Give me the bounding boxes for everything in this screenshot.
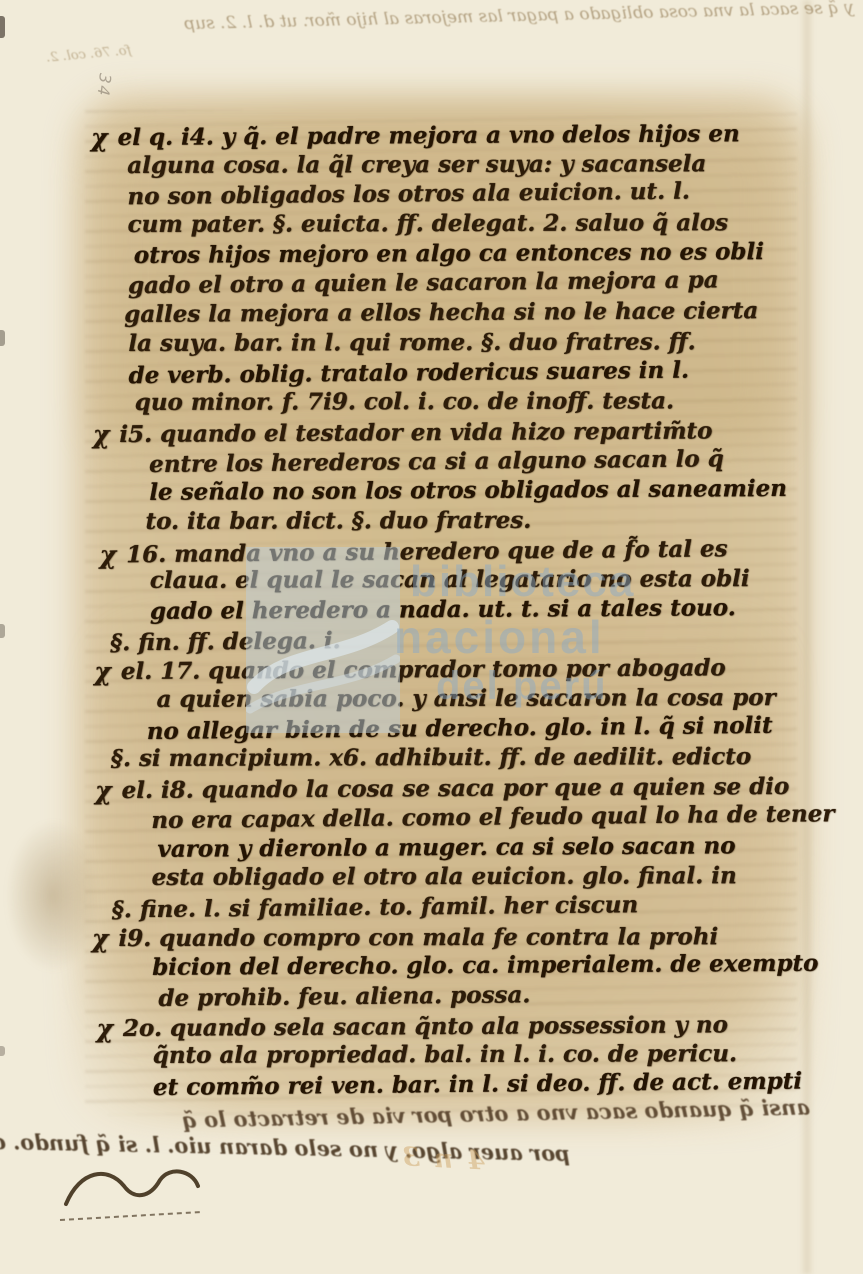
manuscript-line: claua. el qual le sacan al legatario no … (94, 564, 808, 596)
manuscript-line: cum pater. §. euicta. ff. delegat. 2. sa… (92, 208, 806, 240)
manuscript-line-text: gado el heredero a nada. ut. t. si a tal… (150, 594, 736, 625)
paragraph-marker-glyph: χ (96, 1014, 113, 1044)
paragraph-marker-glyph: χ (91, 123, 108, 153)
manuscript-line: a quien sabia poco. y ansi le sacaron la… (101, 683, 809, 715)
margin-stain (6, 820, 100, 972)
manuscript-line: to. ita bar. dict. §. duo fratres. (89, 505, 807, 537)
manuscript-line: q̃nto ala propriedad. bal. in l. i. co. … (97, 1039, 811, 1071)
rubrica-squiggle-icon (54, 1156, 214, 1236)
manuscript-line-text: 2o. quando sela sacan q̃nto ala possessi… (123, 1011, 728, 1042)
top-bleedthrough-citation: fo. 76. col. 2. (46, 43, 132, 65)
manuscript-line-text: le señalo no son los otros obligados al … (149, 475, 787, 506)
manuscript-line: la suya. bar. in l. qui rome. §. duo fra… (92, 327, 806, 359)
manuscript-line: no son obligados los otros ala euicion. … (91, 176, 805, 213)
manuscript-line-text: el. i8. quando la cosa se saca por que a… (121, 773, 789, 804)
scan-edge-mark (0, 624, 5, 638)
scan-edge-mark (0, 1046, 5, 1056)
manuscript-line-text: varon y dieronlo a muger. ca si selo sac… (157, 832, 735, 863)
manuscript-line-text: bicion del derecho. glo. ca. imperialem.… (152, 950, 818, 981)
manuscript-line-text: a quien sabia poco. y ansi le sacaron la… (157, 684, 776, 713)
manuscript-line: varon y dieronlo a muger. ca si selo sac… (101, 830, 809, 864)
manuscript-line-text: esta obligado el otro ala euicion. glo. … (152, 862, 737, 891)
manuscript-line-text: quo minor. f. 7i9. col. i. co. de inoff.… (135, 388, 674, 417)
manuscript-line-text: q̃nto ala propriedad. bal. in l. i. co. … (153, 1040, 737, 1069)
manuscript-line-text: §. fin. ff. delega. i. (110, 627, 341, 656)
manuscript-line-text: galles la mejora a ellos hecha si no le … (124, 297, 758, 328)
manuscript-line-text: otros hijos mejoro en algo ca entonces n… (134, 238, 764, 269)
pencil-folio-mark: 34 (93, 72, 114, 98)
manuscript-line-text: §. fine. l. si familiae. to. famil. her … (112, 891, 639, 923)
manuscript-line-text: no allegar bien de su derecho. glo. in l… (147, 712, 773, 745)
manuscript-line: χel q. i4. y q̃. el padre mejora a vno d… (91, 118, 805, 152)
top-bleedthrough-line: y q̃ se saca la vna cosa obligado a paga… (24, 0, 854, 38)
manuscript-line-text: to. ita bar. dict. §. duo fratres. (145, 507, 531, 535)
paragraph-marker-glyph: χ (93, 420, 110, 450)
manuscript-line-text: alguna cosa. la q̃l creya ser suya: y sa… (127, 150, 706, 179)
manuscript-line-text: cum pater. §. euicta. ff. delegat. 2. sa… (128, 209, 729, 238)
manuscript-line: de verb. oblig. tratalo rodericus suares… (92, 354, 806, 391)
scan-edge-mark (0, 330, 5, 346)
manuscript-line: esta obligado el otro ala euicion. glo. … (96, 861, 810, 893)
manuscript-line-text: i5. quando el testador en vida hizo repa… (119, 417, 712, 448)
manuscript-text-block: χel q. i4. y q̃. el padre mejora a vno d… (91, 118, 811, 1102)
manuscript-line-text: el q. i4. y q̃. el padre mejora a vno de… (117, 120, 739, 151)
manuscript-line: quo minor. f. 7i9. col. i. co. de inoff.… (99, 386, 807, 418)
verso-numeral-mark: 4n3 (387, 1141, 486, 1176)
manuscript-line-text: claua. el qual le sacan al legatario no … (150, 565, 750, 594)
manuscript-line: et comm̃o rei ven. bar. in l. si deo. ff… (97, 1066, 811, 1103)
manuscript-line: §. si mancipium. x6. adhibuit. ff. de ae… (95, 742, 809, 774)
manuscript-line-text: i9. quando compro con mala fe contra la … (118, 923, 718, 952)
manuscript-line-text: de prohib. feu. aliena. possa. (158, 981, 530, 1012)
manuscript-line-text: §. si mancipium. x6. adhibuit. ff. de ae… (111, 744, 751, 773)
scan-edge-mark (0, 16, 5, 38)
manuscript-line-text: la suya. bar. in l. qui rome. §. duo fra… (128, 328, 695, 357)
manuscript-line: galles la mejora a ellos hecha si no le … (88, 296, 806, 330)
manuscript-line-text: et comm̃o rei ven. bar. in l. si deo. ff… (153, 1068, 802, 1101)
paragraph-marker-glyph: χ (95, 776, 112, 806)
manuscript-line: le señalo no son los otros obligados al … (93, 474, 807, 508)
manuscript-line-text: no era capax della. como el feudo qual l… (151, 800, 834, 834)
manuscript-line-text: el. 17. quando el comprador tomo por abo… (121, 655, 726, 686)
manuscript-line-text: gado el otro a quien le sacaron la mejor… (128, 267, 719, 300)
manuscript-line-text: de verb. oblig. tratalo rodericus suares… (128, 356, 689, 389)
manuscript-line-text: no son obligados los otros ala euicion. … (127, 178, 690, 211)
paragraph-marker-glyph: χ (92, 924, 109, 954)
manuscript-line: §. fine. l. si familiae. to. famil. her … (96, 888, 810, 925)
manuscript-line-text: 16. manda vno a su heredero que de a f̃o… (126, 535, 728, 568)
manuscript-line: χel. 17. quando el comprador tomo por ab… (94, 652, 808, 686)
manuscript-line: χ2o. quando sela sacan q̃nto ala possess… (96, 1008, 810, 1042)
manuscript-scan: y q̃ se saca la vna cosa obligado a paga… (0, 0, 863, 1274)
manuscript-line-text: entre los herederos ca si a alguno sacan… (149, 445, 724, 478)
manuscript-line: χi9. quando compro con mala fe contra la… (92, 921, 810, 953)
paragraph-marker-glyph: χ (94, 657, 111, 687)
